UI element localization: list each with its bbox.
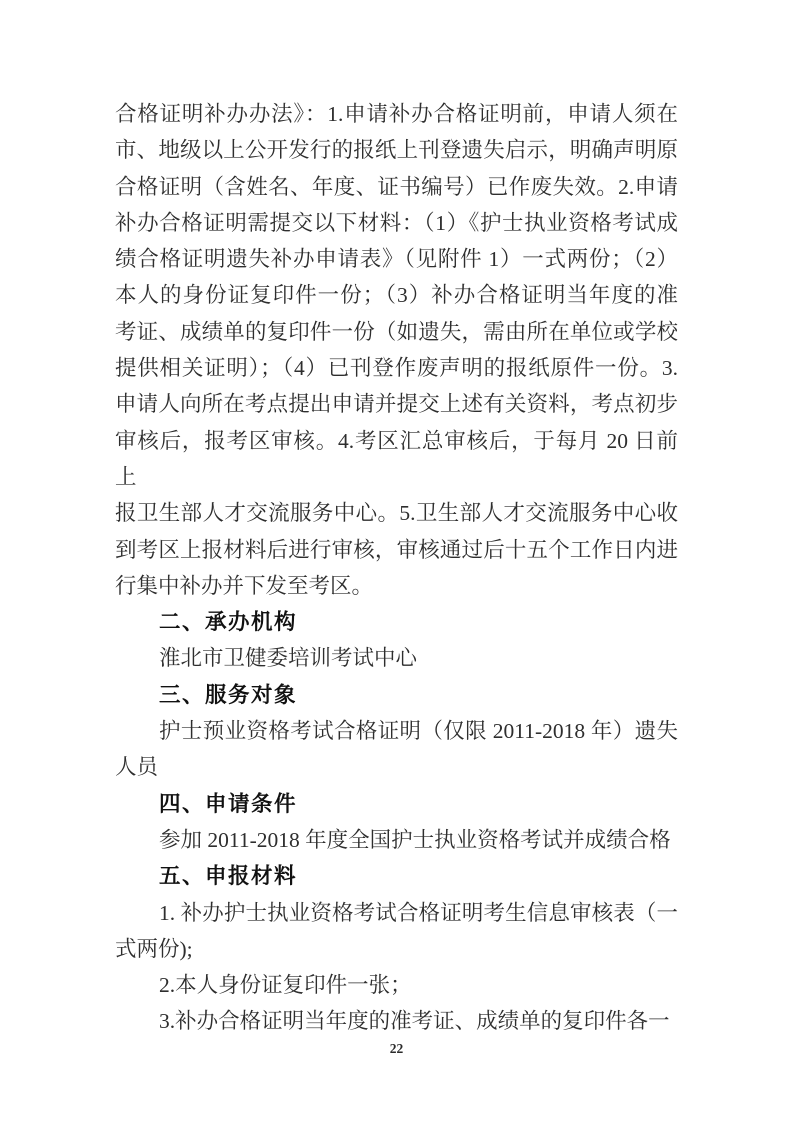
section-heading: 五、申报材料 <box>115 858 678 894</box>
page-number: 22 <box>0 1041 793 1057</box>
text-line: 审核后，报考区审核。4.考区汇总审核后，于每月 20 日前上 <box>115 423 678 496</box>
text-line: 护士预业资格考试合格证明（仅限 2011-2018 年）遗失 <box>115 713 678 749</box>
text-line: 考证、成绩单的复印件一份（如遗失，需由所在单位或学校 <box>115 314 678 350</box>
text-line: 参加 2011-2018 年度全国护士执业资格考试并成绩合格 <box>115 822 678 858</box>
document-body: 合格证明补办办法》：1.申请补办合格证明前，申请人须在 市、地级以上公开发行的报… <box>115 96 678 1040</box>
text-line: 3.补办合格证明当年度的准考证、成绩单的复印件各一 <box>115 1003 678 1039</box>
text-line: 淮北市卫健委培训考试中心 <box>115 640 678 676</box>
text-line: 本人的身份证复印件一份；（3）补办合格证明当年度的准 <box>115 277 678 313</box>
text-line: 申请人向所在考点提出申请并提交上述有关资料，考点初步 <box>115 386 678 422</box>
text-line: 到考区上报材料后进行审核，审核通过后十五个工作日内进 <box>115 532 678 568</box>
text-line: 人员 <box>115 749 678 785</box>
text-line: 报卫生部人才交流服务中心。5.卫生部人才交流服务中心收 <box>115 495 678 531</box>
text-line: 行集中补办并下发至考区。 <box>115 568 678 604</box>
text-line: 合格证明（含姓名、年度、证书编号）已作废失效。2.申请 <box>115 169 678 205</box>
document-page: 合格证明补办办法》：1.申请补办合格证明前，申请人须在 市、地级以上公开发行的报… <box>0 0 793 1122</box>
text-line: 绩合格证明遗失补办申请表》（见附件 1）一式两份；（2） <box>115 241 678 277</box>
text-line: 1. 补办护士执业资格考试合格证明考生信息审核表（一 <box>115 895 678 931</box>
section-heading: 三、服务对象 <box>115 677 678 713</box>
section-heading: 二、承办机构 <box>115 604 678 640</box>
text-line: 合格证明补办办法》：1.申请补办合格证明前，申请人须在 <box>115 96 678 132</box>
text-line: 提供相关证明）；（4）已刊登作废声明的报纸原件一份。3. <box>115 350 678 386</box>
text-line: 补办合格证明需提交以下材料：（1）《护士执业资格考试成 <box>115 205 678 241</box>
text-line: 市、地级以上公开发行的报纸上刊登遗失启示，明确声明原 <box>115 132 678 168</box>
section-heading: 四、申请条件 <box>115 786 678 822</box>
text-line: 式两份); <box>115 931 678 967</box>
text-line: 2.本人身份证复印件一张； <box>115 967 678 1003</box>
